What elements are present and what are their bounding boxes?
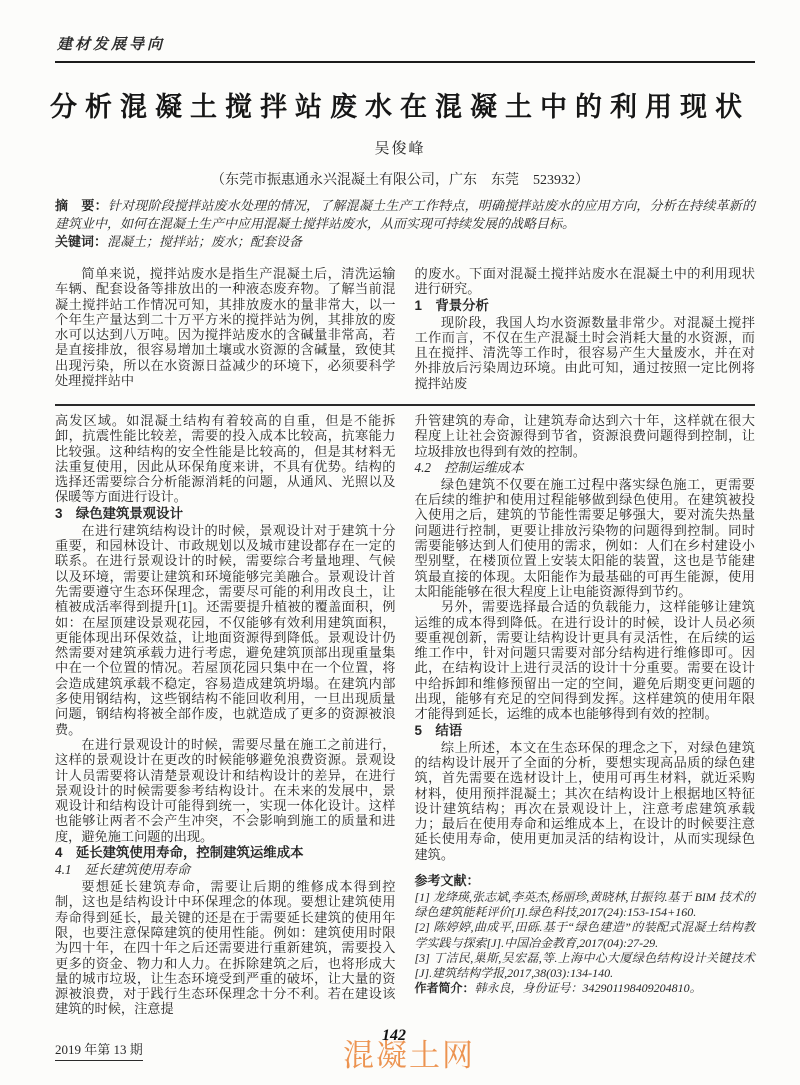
- paragraph: 另外，需要选择最合适的负载能力，这样能够让建筑运维的成本得到降低。在进行设计的时…: [415, 599, 756, 721]
- section-heading-1: 1 背景分析: [415, 298, 756, 314]
- paragraph: 的废水。下面对混凝土搅拌站废水在混凝土中的利用现状进行研究。: [415, 266, 756, 297]
- article-divider-rule: [55, 404, 755, 406]
- intro-two-columns: 简单来说，搅拌站废水是指生产混凝土后，清洗运输车辆、配套设备等排放出的一种液态废…: [55, 266, 755, 391]
- footer-issue: 2019 年第 13 期: [55, 1039, 143, 1061]
- references-label: 参考文献：: [415, 873, 756, 889]
- header-rule: [55, 61, 755, 63]
- paragraph: 要想延长建筑寿命，需要让后期的维修成本得到控制，这也是结构设计中环保理念的体现。…: [55, 879, 396, 1017]
- author-bio: 作者简介：韩永良，身份证号：342901198409204810。: [415, 981, 756, 996]
- abstract-label: 摘 要：: [55, 198, 108, 213]
- paragraph: 现阶段，我国人均水资源数量非常少。对混凝土搅拌工作而言，不仅在生产混凝土时会消耗…: [415, 315, 756, 391]
- intro-left-column: 简单来说，搅拌站废水是指生产混凝土后，清洗运输车辆、配套设备等排放出的一种液态废…: [55, 266, 396, 391]
- scanned-journal-page: 建材发展导向 分析混凝土搅拌站废水在混凝土中的利用现状 吴俊峰 （东莞市振惠通永…: [0, 0, 800, 1085]
- abstract-line: 摘 要：针对现阶段搅拌站废水处理的情况，了解混凝土生产工作特点，明确搅拌站废水的…: [55, 197, 755, 232]
- references-block: 参考文献： [1] 龙绛瑛,张志斌,李英杰,杨丽珍,黄晓林,甘振钧.基于 BIM…: [415, 873, 756, 996]
- paragraph: 在进行景观设计的时候，需要尽量在施工之前进行，这样的景观设计在更改的时候能够避免…: [55, 737, 396, 844]
- subsection-heading-4-1: 4.1 延长建筑使用寿命: [55, 862, 396, 878]
- paragraph: 升管建筑的寿命，让建筑寿命达到六十年，这样就在很大程度上让社会资源得到节省，资源…: [415, 413, 756, 459]
- keywords-label: 关键词：: [55, 234, 107, 249]
- author-bio-text: 韩永良，身份证号：342901198409204810。: [475, 981, 702, 995]
- continued-left-column: 高发区域。如混凝土结构有着较高的自重，但是不能拆卸，抗震性能比较差，需要的投入成…: [55, 413, 396, 1017]
- section-heading-5: 5 结语: [415, 723, 756, 739]
- section-heading-4: 4 延长建筑使用寿命，控制建筑运维成本: [55, 845, 396, 861]
- reference-item: [2] 陈婷婷,曲成平,田砾.基于“绿色建造”的装配式混凝土结构教学实践与探索[…: [415, 920, 756, 950]
- abstract-text: 针对现阶段搅拌站废水处理的情况，了解混凝土生产工作特点，明确搅拌站废水的应用方向…: [55, 198, 755, 231]
- paragraph: 高发区域。如混凝土结构有着较高的自重，但是不能拆卸，抗震性能比较差，需要的投入成…: [55, 413, 396, 505]
- author-affiliation: （东莞市振惠通永兴混凝土有限公司，广东 东莞 523932）: [0, 169, 800, 189]
- subsection-heading-4-2: 4.2 控制运维成本: [415, 460, 756, 476]
- keywords-line: 关键词：混凝土；搅拌站；废水；配套设备: [55, 233, 755, 251]
- continued-right-column: 升管建筑的寿命，让建筑寿命达到六十年，这样就在很大程度上让社会资源得到节省，资源…: [415, 413, 756, 1017]
- reference-item: [1] 龙绛瑛,张志斌,李英杰,杨丽珍,黄晓林,甘振钧.基于 BIM 技术的绿色…: [415, 890, 756, 920]
- paragraph: 在进行建筑结构设计的时候，景观设计对于建筑十分重要，和园林设计、市政规划以及城市…: [55, 523, 396, 737]
- reference-item: [3] 丁洁民,巢斯,吴宏磊,等.上海中心大厦绿色结构设计关键技术[J].建筑结…: [415, 951, 756, 981]
- abstract-block: 摘 要：针对现阶段搅拌站废水处理的情况，了解混凝土生产工作特点，明确搅拌站废水的…: [55, 197, 755, 251]
- author-name: 吴俊峰: [0, 137, 800, 158]
- paragraph: 综上所述，本文在生态环保的理念之下，对绿色建筑的结构设计展开了全面的分析，要想实…: [415, 740, 756, 862]
- site-watermark: 混凝土网: [343, 1030, 475, 1075]
- page-number: 142: [382, 1027, 406, 1045]
- continued-article-columns: 高发区域。如混凝土结构有着较高的自重，但是不能拆卸，抗震性能比较差，需要的投入成…: [55, 413, 755, 1017]
- keywords-text: 混凝土；搅拌站；废水；配套设备: [107, 234, 302, 249]
- article-title: 分析混凝土搅拌站废水在混凝土中的利用现状: [0, 85, 800, 124]
- paragraph: 简单来说，搅拌站废水是指生产混凝土后，清洗运输车辆、配套设备等排放出的一种液态废…: [55, 266, 396, 388]
- section-heading-3: 3 绿色建筑景观设计: [55, 506, 396, 522]
- journal-name: 建材发展导向: [57, 33, 165, 54]
- author-bio-label: 作者简介：: [415, 981, 475, 995]
- intro-right-column: 的废水。下面对混凝土搅拌站废水在混凝土中的利用现状进行研究。 1 背景分析 现阶…: [415, 266, 756, 391]
- paragraph: 绿色建筑不仅要在施工过程中落实绿色施工，更需要在后续的维护和使用过程能够做到绿色…: [415, 477, 756, 599]
